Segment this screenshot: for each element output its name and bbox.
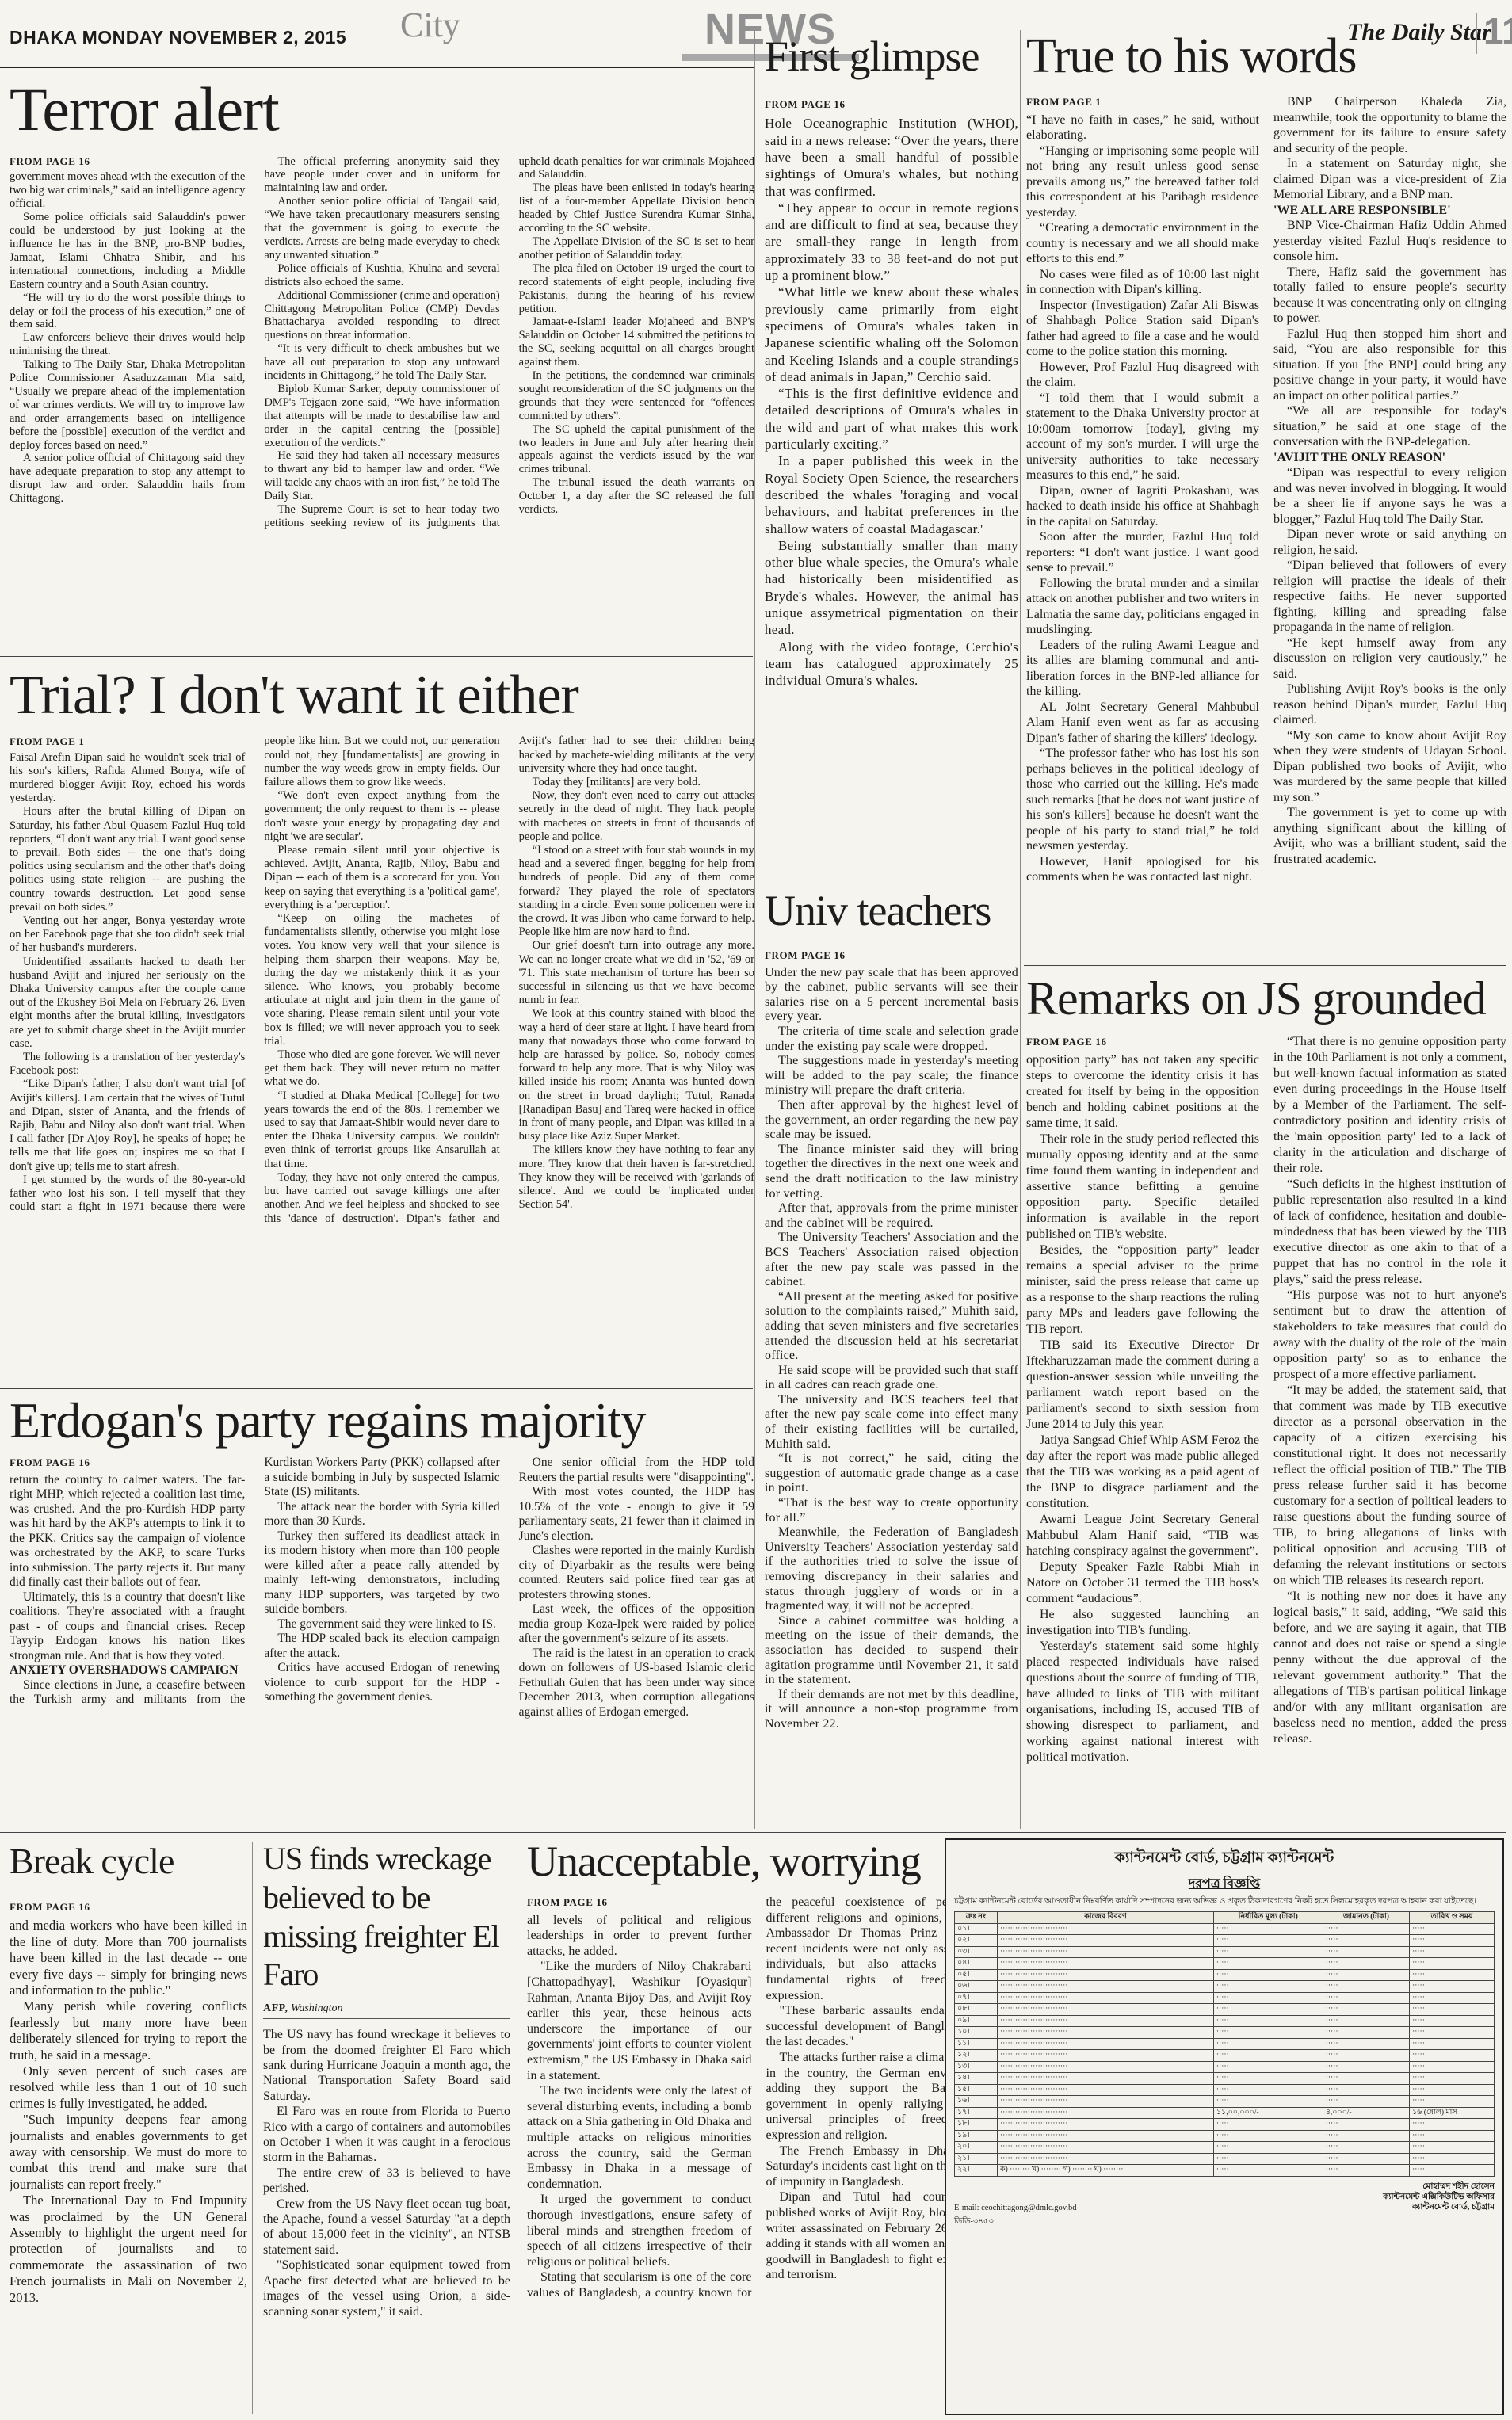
paragraph: The raid is the latest in an operation t…: [519, 1647, 754, 1720]
article-body: FROM PAGE 16 opposition party” has not t…: [1026, 1034, 1506, 1809]
ad-table-cell: ···························: [998, 2107, 1214, 2119]
column-divider: [252, 1842, 253, 2414]
article-break-cycle: Break cycle FROM PAGE 16 and media worke…: [10, 1843, 247, 2399]
column-divider: [754, 30, 755, 1829]
kicker: FROM PAGE 16: [10, 1899, 247, 1915]
paragraph: “I studied at Dhaka Medical [College] fo…: [264, 1090, 499, 1171]
ad-table-row: ০৫।·····································…: [955, 1969, 1495, 1981]
ad-table-cell: ·····: [1410, 1969, 1495, 1981]
ad-table-cell: ···························: [998, 1923, 1214, 1935]
ad-table-cell: ·····: [1213, 2119, 1323, 2131]
ad-table-cell: ·····: [1323, 2142, 1409, 2154]
ad-table-cell: ·····: [1323, 2061, 1409, 2073]
ad-table-cell: ২২।: [955, 2165, 998, 2177]
paragraph: “They appear to occur in remote regions …: [765, 200, 1018, 284]
article-body: FROM PAGE 16 return the country to calme…: [10, 1456, 754, 1820]
ad-header-row: ক্রঃ নং কাজের বিবরণ নির্ধারিত মূল্য (টাক…: [955, 1912, 1495, 1924]
ad-table-cell: ···························: [998, 2119, 1214, 2131]
paragraph: Last week, the offices of the opposition…: [519, 1602, 754, 1647]
ad-table-cell: ০৮।: [955, 2004, 998, 2016]
paragraph: BNP Vice-Chairman Hafiz Uddin Ahmed yest…: [1273, 218, 1506, 265]
ad-table-cell: ···························: [998, 2130, 1214, 2142]
paragraph: The International Day to End Impunity wa…: [10, 2193, 247, 2306]
paragraph: “I told them that I would submit a state…: [1026, 391, 1259, 483]
ad-table-cell: ·····: [1410, 2073, 1495, 2085]
paragraph: “Dipan was respectful to every religion …: [1273, 465, 1506, 527]
paragraphs: The US navy has found wreckage it believ…: [263, 2027, 510, 2319]
ad-signatory-title: ক্যান্টনমেন্ট এক্সিকিউটিভ অফিসার: [1383, 2192, 1495, 2202]
ad-table-cell: ·····: [1323, 2004, 1409, 2016]
paragraph: "Such impunity deepens fear among journa…: [10, 2112, 247, 2193]
headline: Univ teachers: [765, 889, 1018, 933]
ad-table-cell: ·····: [1410, 2142, 1495, 2154]
ad-tender-table: ক্রঃ নং কাজের বিবরণ নির্ধারিত মূল্য (টাক…: [954, 1911, 1495, 2177]
paragraph: “It is very difficult to check ambushes …: [264, 342, 499, 383]
ad-table-row: ০৮।·····································…: [955, 2004, 1495, 2016]
paragraph: Venting out her anger, Bonya yesterday w…: [10, 914, 245, 956]
paragraph: “I have no faith in cases,” he said, wit…: [1026, 113, 1259, 143]
paragraph: After that, approvals from the prime min…: [765, 1201, 1018, 1231]
ad-table-cell: ···························: [998, 1946, 1214, 1958]
ad-table-cell: ···························: [998, 2027, 1214, 2039]
kicker: FROM PAGE 16: [765, 949, 1018, 964]
ad-table-row: ১৬।·····································…: [955, 2096, 1495, 2108]
article-terror-alert: Terror alert FROM PAGE 16 government mov…: [10, 78, 754, 637]
paragraph: Talking to The Daily Star, Dhaka Metropo…: [10, 358, 245, 452]
paragraph: and media workers who have been killed i…: [10, 1918, 247, 1998]
paragraph: “Keep on oiling the machetes of fundamen…: [264, 912, 499, 1048]
ad-table-cell: ০১।: [955, 1923, 998, 1935]
headline: First glimpse: [765, 35, 1018, 78]
paragraphs: government moves ahead with the executio…: [10, 155, 754, 530]
paragraph: “It may be added, the statement said, th…: [1273, 1383, 1506, 1589]
ad-table-cell: ১৬ (ষোল) মাস: [1410, 2107, 1495, 2119]
article-divider: [0, 656, 753, 657]
ad-table-cell: ·····: [1410, 2015, 1495, 2027]
paragraph: Jatiya Sangsad Chief Whip ASM Feroz the …: [1026, 1433, 1259, 1512]
ad-table-cell: ·····: [1410, 2038, 1495, 2050]
paragraph: Hours after the brutal killing of Dipan …: [10, 805, 245, 914]
paragraph: Awami League Joint Secretary General Mah…: [1026, 1512, 1259, 1559]
kicker: FROM PAGE 16: [1026, 1034, 1259, 1050]
paragraph: Since a cabinet committee was holding a …: [765, 1614, 1018, 1688]
ad-table-cell: ·····: [1323, 2084, 1409, 2096]
paragraph: Critics have accused Erdogan of renewing…: [264, 1661, 499, 1705]
ad-table-cell: ১৯।: [955, 2130, 998, 2142]
paragraph: “We all are responsible for today's situ…: [1273, 403, 1506, 450]
ad-table-cell: ০৩।: [955, 1946, 998, 1958]
paragraph: “We don't even expect anything from the …: [264, 789, 499, 844]
paragraph: The killers know they have nothing to fe…: [519, 1143, 754, 1212]
paragraph: The criteria of time scale and selection…: [765, 1025, 1018, 1054]
article-body: FROM PAGE 16 Under the new pay scale tha…: [765, 949, 1018, 1798]
paragraph: Hole Oceanographic Institution (WHOI), s…: [765, 115, 1018, 199]
article-body: FROM PAGE 16 all levels of political and…: [527, 1895, 991, 2408]
kicker: FROM PAGE 16: [10, 155, 245, 169]
paragraph: The pleas have been enlisted in today's …: [519, 181, 754, 235]
ad-table-cell: ·····: [1213, 2130, 1323, 2142]
ad-table-cell: ···························: [998, 2015, 1214, 2027]
ad-table-cell: ২১।: [955, 2153, 998, 2165]
ad-table-row: ২১।·····································…: [955, 2153, 1495, 2165]
paragraph: The US navy has found wreckage it believ…: [263, 2027, 510, 2104]
ad-table-cell: ·····: [1323, 2073, 1409, 2085]
header-rule: [0, 67, 754, 68]
paragraph: Those who died are gone forever. We will…: [264, 1048, 499, 1090]
paragraph: A senior police official of Chittagong s…: [10, 452, 245, 506]
ad-signatory-name: মোহাম্মদ শহীদ হোসেন: [1383, 2181, 1495, 2192]
paragraph: In a statement on Saturday night, she cl…: [1273, 156, 1506, 203]
ad-table-cell: ১১।: [955, 2038, 998, 2050]
paragraph: return the country to calmer waters. The…: [10, 1473, 245, 1590]
ad-table-cell: ০৬।: [955, 1981, 998, 1993]
paragraph: Faisal Arefin Dipan said he wouldn't see…: [10, 751, 245, 806]
paragraph: “What little we knew about these whales …: [765, 284, 1018, 385]
article-body: FROM PAGE 1 “I have no faith in cases,” …: [1026, 94, 1506, 933]
paragraph: “He kept himself away from any discussio…: [1273, 636, 1506, 682]
ad-table-cell: ·····: [1410, 1981, 1495, 1993]
article-body: FROM PAGE 16 and media workers who have …: [10, 1899, 247, 2399]
ad-code: ডিডি-৩৪৫৩: [954, 2216, 1495, 2229]
byline: AFP, Washington: [263, 2002, 510, 2019]
ad-table-cell: ·····: [1410, 2153, 1495, 2165]
newspaper-page: { "page": { "date_line": "DHAKA MONDAY N…: [0, 0, 1512, 2420]
paragraph: Many perish while covering conflicts fea…: [10, 1998, 247, 2063]
paragraph: “Creating a democratic environment in th…: [1026, 220, 1259, 267]
ad-table-cell: ·····: [1410, 1958, 1495, 1970]
ad-table-cell: ১৫।: [955, 2084, 998, 2096]
paragraphs: all levels of political and religious le…: [527, 1895, 991, 2300]
ad-table-cell: ·····: [1410, 2004, 1495, 2016]
ad-table-cell: ···························: [998, 2050, 1214, 2062]
paragraph: Today they [militants] are very bold.: [519, 776, 754, 789]
ad-header-cell: তারিখ ও সময়: [1410, 1912, 1495, 1924]
paragraph: TIB said its Executive Director Dr Iftek…: [1026, 1338, 1259, 1433]
kicker: FROM PAGE 16: [527, 1895, 752, 1910]
paragraph: Law enforcers believe their drives would…: [10, 331, 245, 358]
paragraph: opposition party” has not taken any spec…: [1026, 1052, 1259, 1132]
ad-table-row: ১৭।···························১১,০০,০০০/…: [955, 2107, 1495, 2119]
ad-table-row: ১৩।·····································…: [955, 2061, 1495, 2073]
paragraph: Some police officials said Salauddin's p…: [10, 211, 245, 291]
paragraph: government moves ahead with the executio…: [10, 170, 245, 211]
ad-table-cell: ·····: [1213, 1969, 1323, 1981]
byline-place: Washington: [291, 2002, 343, 2014]
paragraph: Soon after the murder, Fazlul Huq told r…: [1026, 529, 1259, 576]
paragraph: Along with the video footage, Cerchio's …: [765, 639, 1018, 689]
article-erdogan-party: Erdogan's party regains majority FROM PA…: [10, 1395, 754, 1820]
ad-table-row: ২২।ক) ········ খ) ········ গ) ········ ঘ…: [955, 2165, 1495, 2177]
ad-table-cell: ·····: [1213, 2153, 1323, 2165]
ad-table-cell: ·····: [1213, 1981, 1323, 1993]
ad-table-cell: ·····: [1213, 2084, 1323, 2096]
ad-table-row: ১২।·····································…: [955, 2050, 1495, 2062]
column-divider: [1020, 30, 1021, 1829]
ad-table-cell: ·····: [1323, 2038, 1409, 2050]
ad-table-cell: ·····: [1213, 1992, 1323, 2004]
article-unacceptable-worrying: Unacceptable, worrying FROM PAGE 16 all …: [527, 1840, 991, 2408]
paragraph: “It is nothing new nor does it have any …: [1273, 1589, 1506, 1747]
ad-table-cell: ·····: [1410, 1923, 1495, 1935]
ad-table-row: ০৬।·····································…: [955, 1981, 1495, 1993]
advertisement-tender-notice: ক্যান্টনমেন্ট বোর্ড, চট্টগ্রাম ক্যান্টনম…: [945, 1838, 1504, 2415]
ad-header-cell: নির্ধারিত মূল্য (টাকা): [1213, 1912, 1323, 1924]
ad-table-row: ০৩।·····································…: [955, 1946, 1495, 1958]
ad-signature-block: মোহাম্মদ শহীদ হোসেন ক্যান্টনমেন্ট এক্সিক…: [1383, 2181, 1495, 2212]
paragraph: “Like Dipan's father, I also don't want …: [10, 1078, 245, 1173]
paragraph: “His purpose was not to hurt anyone's se…: [1273, 1288, 1506, 1383]
ad-email: E-mail: ceochittagong@dmlc.gov.bd: [954, 2204, 1077, 2212]
headline: Terror alert: [10, 78, 754, 141]
ad-table-header: ক্রঃ নং কাজের বিবরণ নির্ধারিত মূল্য (টাক…: [955, 1912, 1495, 1924]
ad-table-cell: ১০।: [955, 2027, 998, 2039]
ad-table-cell: ···························: [998, 1958, 1214, 1970]
ad-table-cell: ·····: [1213, 2096, 1323, 2108]
paragraph: Crew from the US Navy fleet ocean tug bo…: [263, 2197, 510, 2258]
paragraph: Being substantially smaller than many ot…: [765, 537, 1018, 639]
paragraph: BNP Chairperson Khaleda Zia, meanwhile, …: [1273, 94, 1506, 156]
ad-table-cell: ·····: [1323, 2027, 1409, 2039]
article-true-to-his-words: True to his words FROM PAGE 1 “I have no…: [1026, 32, 1506, 933]
ad-table-cell: ১৮।: [955, 2119, 998, 2131]
paragraph: “This is the first definitive evidence a…: [765, 385, 1018, 452]
paragraph: One senior official from the HDP told Re…: [519, 1456, 754, 1485]
ad-table-cell: ·····: [1410, 1992, 1495, 2004]
ad-table-row: ০১।·····································…: [955, 1923, 1495, 1935]
paragraph: The official preferring anonymity said t…: [264, 155, 499, 196]
paragraph: Besides, the “opposition party” leader r…: [1026, 1242, 1259, 1338]
ad-header-cell: কাজের বিবরণ: [998, 1912, 1214, 1924]
ad-table-cell: ·····: [1410, 2096, 1495, 2108]
ad-table-cell: ·····: [1410, 1946, 1495, 1958]
paragraph: Ultimately, this is a country that doesn…: [10, 1590, 245, 1664]
ad-table-row: ০৭।·····································…: [955, 1992, 1495, 2004]
ad-table-body: ০১।·····································…: [955, 1923, 1495, 2176]
date-line: DHAKA MONDAY NOVEMBER 2, 2015: [10, 27, 346, 48]
paragraph: Leaders of the ruling Awami League and i…: [1026, 638, 1259, 700]
ad-table-cell: ·····: [1213, 1946, 1323, 1958]
article-divider: [0, 1388, 753, 1389]
ad-title: দরপত্র বিজ্ঞপ্তি: [954, 1873, 1495, 1895]
ad-table-cell: ···························: [998, 2061, 1214, 2073]
paragraph: Dipan, owner of Jagriti Prokashani, was …: [1026, 483, 1259, 530]
ad-table-cell: ১১,০০,০০০/-: [1213, 2107, 1323, 2119]
paragraph: Jamaat-e-Islami leader Mojaheed and BNP'…: [519, 315, 754, 369]
ad-table-cell: ·····: [1213, 2050, 1323, 2062]
paragraphs: Hole Oceanographic Institution (WHOI), s…: [765, 115, 1018, 689]
paragraph: Following the brutal murder and a simila…: [1026, 576, 1259, 638]
paragraph: The finance minister said they will brin…: [765, 1143, 1018, 1201]
ad-table-cell: ১৩।: [955, 2061, 998, 2073]
paragraph: Turkey then suffered its deadliest attac…: [264, 1529, 499, 1617]
paragraph: Now, they don't even need to carry out a…: [519, 789, 754, 844]
ad-table-cell: ·····: [1323, 2096, 1409, 2108]
article-divider: [0, 1832, 1506, 1833]
ad-table-cell: ·····: [1410, 2050, 1495, 2062]
article-el-faro: US finds wreckage believed to be missing…: [263, 1840, 510, 2360]
paragraph: Additional Commissioner (crime and opera…: [264, 289, 499, 343]
paragraph: The plea filed on October 19 urged the c…: [519, 262, 754, 316]
ad-table-cell: ···························: [998, 2153, 1214, 2165]
ad-table-cell: ·····: [1410, 2165, 1495, 2177]
ad-table-cell: ·····: [1323, 1958, 1409, 1970]
headline: Erdogan's party regains majority: [10, 1395, 754, 1446]
ad-table-cell: ১৪।: [955, 2073, 998, 2085]
ad-table-cell: ১২।: [955, 2050, 998, 2062]
section-label: City: [400, 5, 460, 45]
ad-table-cell: ·····: [1213, 2015, 1323, 2027]
ad-table-cell: ·····: [1323, 2119, 1409, 2131]
ad-table-row: ১৫।·····································…: [955, 2084, 1495, 2096]
kicker: FROM PAGE 1: [10, 735, 245, 748]
ad-table-cell: ·····: [1323, 1992, 1409, 2004]
paragraph: The attack near the border with Syria ki…: [264, 1500, 499, 1529]
ad-table-cell: ·····: [1213, 2073, 1323, 2085]
paragraph: The two incidents were only the latest o…: [527, 2083, 752, 2192]
paragraph: He said they had taken all necessary mea…: [264, 449, 499, 503]
ad-table-cell: ···························: [998, 2038, 1214, 2050]
paragraph: Deputy Speaker Fazle Rabbi Miah in Nator…: [1026, 1559, 1259, 1607]
ad-table-cell: ·····: [1323, 2130, 1409, 2142]
paragraph: With most votes counted, the HDP has 10.…: [519, 1485, 754, 1544]
ad-table-cell: ·····: [1323, 1981, 1409, 1993]
paragraph: Dipan never wrote or said anything on re…: [1273, 527, 1506, 558]
ad-table-cell: ···························: [998, 1992, 1214, 2004]
paragraph: El Faro was en route from Florida to Pue…: [263, 2104, 510, 2166]
paragraph: The HDP scaled back its election campaig…: [264, 1632, 499, 1661]
ad-table-row: ০২।·····································…: [955, 1935, 1495, 1947]
ad-table-cell: ০৭।: [955, 1992, 998, 2004]
ad-table-cell: ·····: [1213, 2165, 1323, 2177]
column-divider: [517, 1842, 517, 2414]
article-first-glimpse: First glimpse FROM PAGE 16 Hole Oceanogr…: [765, 35, 1018, 858]
paragraph: AL Joint Secretary General Mahbubul Alam…: [1026, 700, 1259, 746]
ad-table-cell: ·····: [1410, 2027, 1495, 2039]
ad-table-cell: ০২।: [955, 1935, 998, 1947]
ad-table-cell: ·····: [1410, 2130, 1495, 2142]
paragraph: The following is a translation of her ye…: [10, 1051, 245, 1078]
ad-table-row: ১৯।·····································…: [955, 2130, 1495, 2142]
paragraph: The suggestions made in yesterday's meet…: [765, 1054, 1018, 1098]
paragraph: The government is yet to come up with an…: [1273, 805, 1506, 867]
ad-table-cell: ·····: [1323, 1969, 1409, 1981]
paragraph: However, Prof Fazlul Huq disagreed with …: [1026, 360, 1259, 391]
paragraph: No cases were filed as of 10:00 last nig…: [1026, 267, 1259, 298]
paragraph: “I stood on a street with four stab woun…: [519, 844, 754, 939]
paragraph: If their demands are not met by this dea…: [765, 1688, 1018, 1732]
paragraph: The tribunal issued the death warrants o…: [519, 476, 754, 517]
ad-table-cell: ২০।: [955, 2142, 998, 2154]
article-body: The US navy has found wreckage it believ…: [263, 2027, 510, 2360]
ad-table-cell: ০৪।: [955, 1958, 998, 1970]
paragraph: “Dipan believed that followers of every …: [1273, 558, 1506, 636]
ad-intro-text: চট্টগ্রাম ক্যান্টনমেন্ট বোর্ডের আওতাধীন …: [954, 1896, 1495, 1907]
headline: US finds wreckage believed to be missing…: [263, 1840, 510, 1994]
ad-table-cell: ৪,০০০/-: [1323, 2107, 1409, 2119]
ad-table-cell: ·····: [1323, 1923, 1409, 1935]
paragraphs: Under the new pay scale that has been ap…: [765, 966, 1018, 1732]
ad-table-cell: ···························: [998, 2073, 1214, 2085]
ad-table-row: ১৪।·····································…: [955, 2073, 1495, 2085]
paragraph: “Hanging or imprisoning some people will…: [1026, 143, 1259, 221]
headline: Break cycle: [10, 1843, 247, 1880]
ad-table-cell: ·····: [1410, 1935, 1495, 1947]
paragraph: "Sophisticated sonar equipment towed fro…: [263, 2258, 510, 2319]
ad-table-cell: ·····: [1323, 2165, 1409, 2177]
ad-table-cell: ···························: [998, 2084, 1214, 2096]
ad-table-cell: ·····: [1323, 1946, 1409, 1958]
ad-table-cell: ·····: [1213, 2027, 1323, 2039]
ad-table-row: ০৪।·····································…: [955, 1958, 1495, 1970]
article-body: FROM PAGE 16 government moves ahead with…: [10, 155, 754, 637]
paragraph: “It is not correct,” he said, citing the…: [765, 1452, 1018, 1496]
paragraph: Then after approval by the highest level…: [765, 1098, 1018, 1143]
article-body: FROM PAGE 1 Faisal Arefin Dipan said he …: [10, 735, 754, 1362]
ad-signatory-org: ক্যান্টনমেন্ট বোর্ড, চট্টগ্রাম: [1383, 2202, 1495, 2212]
paragraph: “All present at the meeting asked for po…: [765, 1290, 1018, 1364]
kicker: FROM PAGE 16: [10, 1456, 245, 1471]
paragraph: “That is the best way to create opportun…: [765, 1496, 1018, 1525]
ad-table-cell: ০৯।: [955, 2015, 998, 2027]
ad-table-row: ১১।·····································…: [955, 2038, 1495, 2050]
paragraph: Meanwhile, the Federation of Bangladesh …: [765, 1525, 1018, 1614]
ad-table-cell: ১৬।: [955, 2096, 998, 2108]
headline: Remarks on JS grounded: [1026, 975, 1506, 1023]
paragraphs: return the country to calmer waters. The…: [10, 1456, 754, 1720]
paragraph: “That there is no genuine opposition par…: [1273, 1034, 1506, 1177]
ad-table-cell: ·····: [1410, 2061, 1495, 2073]
paragraph: In a paper published this week in the Ro…: [765, 452, 1018, 536]
ad-table-cell: ·····: [1213, 2004, 1323, 2016]
paragraph: The government said they were linked to …: [264, 1617, 499, 1632]
byline-agency: AFP,: [263, 2002, 288, 2014]
inline-subhead: 'WE ALL ARE RESPONSIBLE': [1273, 203, 1506, 219]
paragraph: Unidentified assailants hacked to death …: [10, 956, 245, 1051]
paragraph: “My son came to know about Avijit Roy wh…: [1273, 728, 1506, 806]
ad-table-cell: ·····: [1410, 2119, 1495, 2131]
paragraph: Police officials of Kushtia, Khulna and …: [264, 262, 499, 289]
paragraph: There, Hafiz said the government has tot…: [1273, 265, 1506, 326]
ad-table-cell: ···························: [998, 2004, 1214, 2016]
ad-table-cell: ···························: [998, 2096, 1214, 2108]
ad-table-row: ১৮।·····································…: [955, 2119, 1495, 2131]
paragraph: Please remain silent until your objectiv…: [264, 844, 499, 912]
ad-table-cell: ·····: [1323, 2153, 1409, 2165]
paragraph: Our grief doesn't turn into outrage any …: [519, 939, 754, 1007]
article-univ-teachers: Univ teachers FROM PAGE 16 Under the new…: [765, 889, 1018, 1798]
paragraph: Fazlul Huq then stopped him short and sa…: [1273, 326, 1506, 404]
paragraph: Only seven percent of such cases are res…: [10, 2063, 247, 2112]
paragraph: He also suggested launching an investiga…: [1026, 1607, 1259, 1639]
paragraph: Yesterday's statement said some highly p…: [1026, 1639, 1259, 1765]
ad-table-cell: ·····: [1323, 2015, 1409, 2027]
paragraph: all levels of political and religious le…: [527, 1913, 752, 1960]
inline-subhead: 'AVIJIT THE ONLY REASON': [1273, 450, 1506, 466]
ad-table-cell: ·····: [1213, 2038, 1323, 2050]
ad-organization: ক্যান্টনমেন্ট বোর্ড, চট্টগ্রাম ক্যান্টনম…: [954, 1846, 1495, 1872]
paragraph: The Appellate Division of the SC is set …: [519, 235, 754, 262]
ad-header-cell: ক্রঃ নং: [955, 1912, 998, 1924]
ad-table-cell: ·····: [1213, 1935, 1323, 1947]
ad-footer: E-mail: ceochittagong@dmlc.gov.bd মোহাম্…: [954, 2181, 1495, 2212]
ad-table-cell: ·····: [1323, 2050, 1409, 2062]
ad-table-row: ০৯।·····································…: [955, 2015, 1495, 2027]
paragraph: Under the new pay scale that has been ap…: [765, 966, 1018, 1025]
paragraph: Another senior police official of Tangai…: [264, 195, 499, 262]
paragraphs: and media workers who have been killed i…: [10, 1918, 247, 2306]
article-remarks-on-js-grounded: Remarks on JS grounded FROM PAGE 16 oppo…: [1026, 975, 1506, 1809]
ad-table-cell: ···························: [998, 1935, 1214, 1947]
